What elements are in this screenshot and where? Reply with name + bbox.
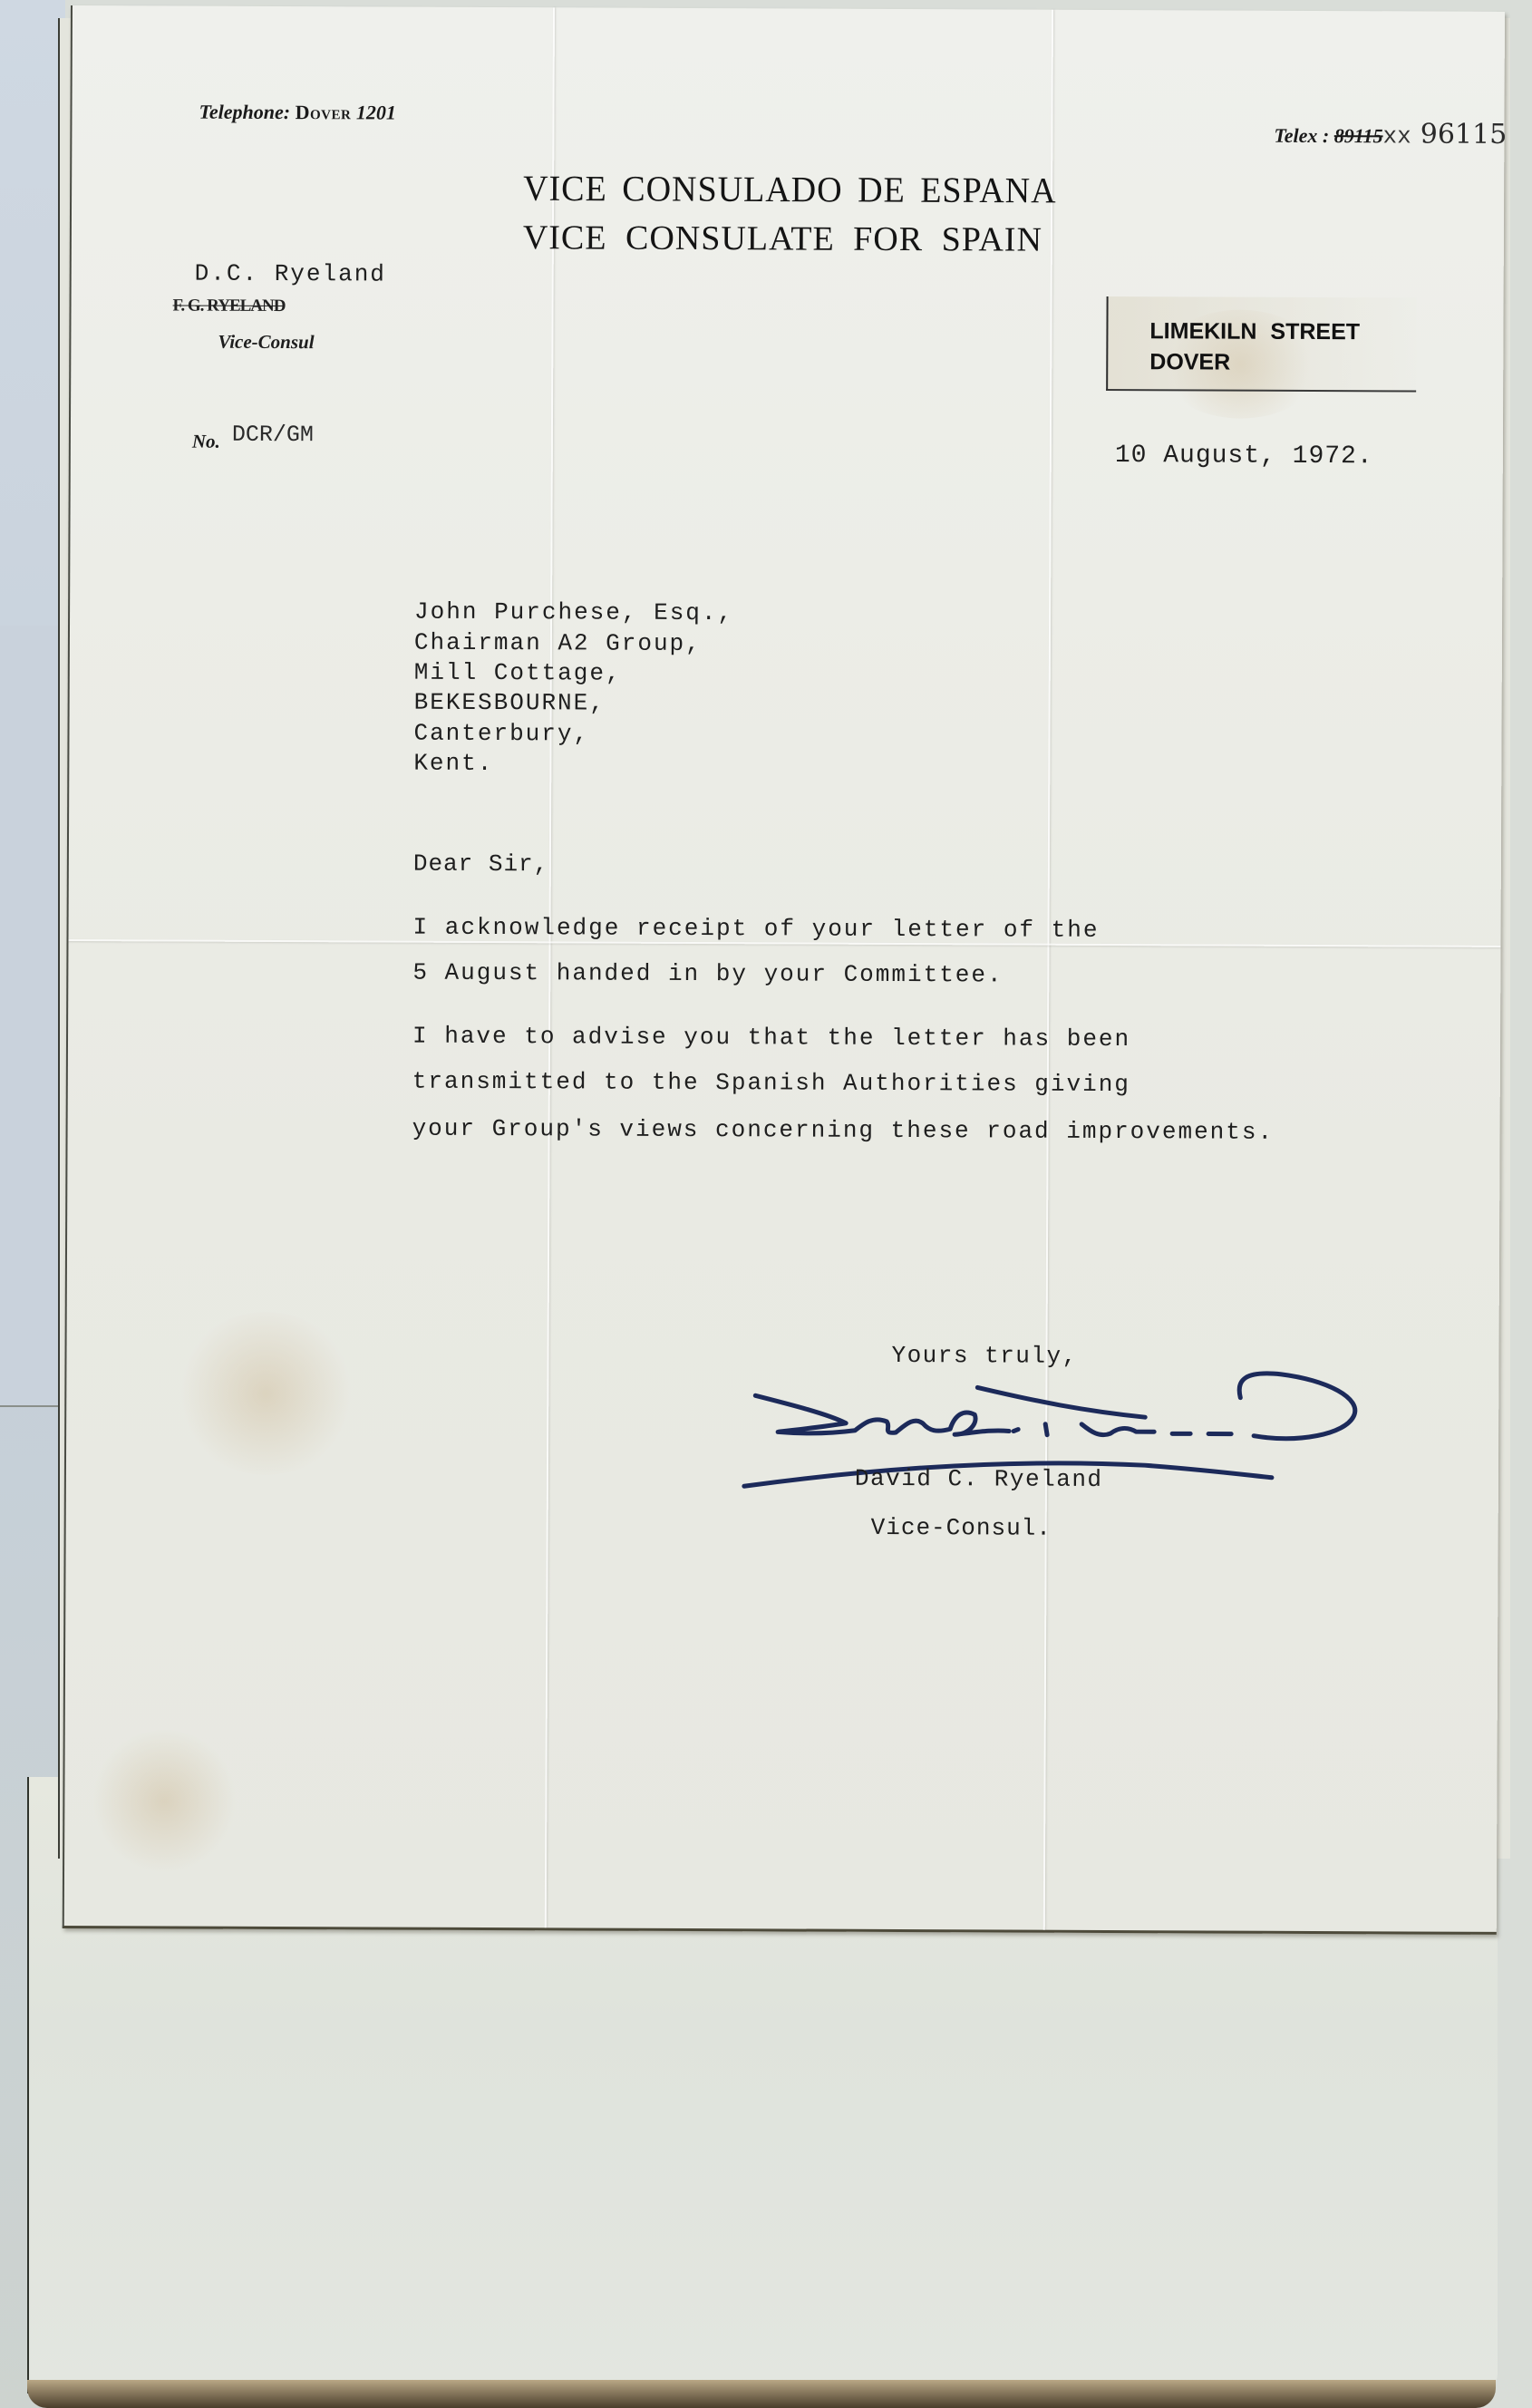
- recipient-line: John Purchese, Esq.,: [414, 598, 733, 627]
- telex-label: Telex :: [1274, 124, 1329, 147]
- address-label: LIMEKILN STREET DOVER: [1106, 296, 1416, 392]
- telephone-number: 1201: [356, 101, 396, 123]
- underlying-sheet-edge: [27, 2380, 1496, 2408]
- recipient-address: John Purchese, Esq., Chairman A2 Group, …: [73, 5, 1505, 12]
- sender-typed-name: D.C. Ryeland: [195, 260, 386, 288]
- telex-typed-prefix: xx: [1383, 122, 1411, 150]
- letter-date: 10 August, 1972.: [1115, 442, 1373, 471]
- letter-page: Telephone: Dover 1201 Telex : 89115xx961…: [63, 5, 1505, 1935]
- paper-stain: [175, 1312, 357, 1476]
- telephone-exchange: Dover: [296, 101, 352, 123]
- telex-struck-number: 89115: [1334, 124, 1383, 147]
- telephone-label: Telephone:: [199, 101, 290, 123]
- recipient-line: Kent.: [413, 750, 493, 777]
- address-line-2: DOVER: [1149, 349, 1230, 375]
- paper-stain: [92, 1728, 238, 1874]
- salutation: Dear Sir,: [413, 850, 549, 879]
- paragraph-2: I have to advise you that the letter has…: [73, 5, 1505, 12]
- reference-value: DCR/GM: [232, 422, 314, 448]
- sender-struck-name: F. G. RYELAND: [173, 296, 286, 316]
- telex-number: 96115: [1420, 118, 1508, 150]
- recipient-line: BEKESBOURNE,: [414, 689, 606, 717]
- telex-line: Telex : 89115xx96115: [1274, 118, 1507, 150]
- recipient-line: Chairman A2 Group,: [414, 629, 702, 657]
- fold-line: [1043, 10, 1053, 1930]
- recipient-line: Canterbury,: [413, 720, 589, 748]
- paragraph-line: I have to advise you that the letter has…: [412, 1023, 1130, 1053]
- telephone-line: Telephone: Dover 1201: [199, 101, 395, 125]
- recipient-line: Mill Cottage,: [414, 659, 622, 687]
- letterhead-title-english: VICE CONSULATE FOR SPAIN: [523, 218, 1042, 260]
- signatory-title: Vice-Consul.: [871, 1514, 1052, 1542]
- paragraph-1: I acknowledge receipt of your letter of …: [73, 5, 1505, 12]
- paragraph-line: your Group's views concerning these road…: [412, 1115, 1275, 1146]
- letterhead-title-spanish: VICE CONSULADO DE ESPANA: [523, 168, 1057, 212]
- backing-paper-tab: [0, 626, 58, 1407]
- signatory-name: David C. Ryeland: [855, 1465, 1103, 1493]
- paragraph-line: transmitted to the Spanish Authorities g…: [412, 1068, 1130, 1098]
- sender-title: Vice-Consul: [218, 331, 314, 354]
- address-line-1: LIMEKILN STREET: [1149, 318, 1360, 345]
- paragraph-line: 5 August handed in by your Committee.: [412, 959, 1003, 989]
- reference-label: No.: [192, 431, 220, 453]
- paragraph-line: I acknowledge receipt of your letter of …: [413, 914, 1100, 944]
